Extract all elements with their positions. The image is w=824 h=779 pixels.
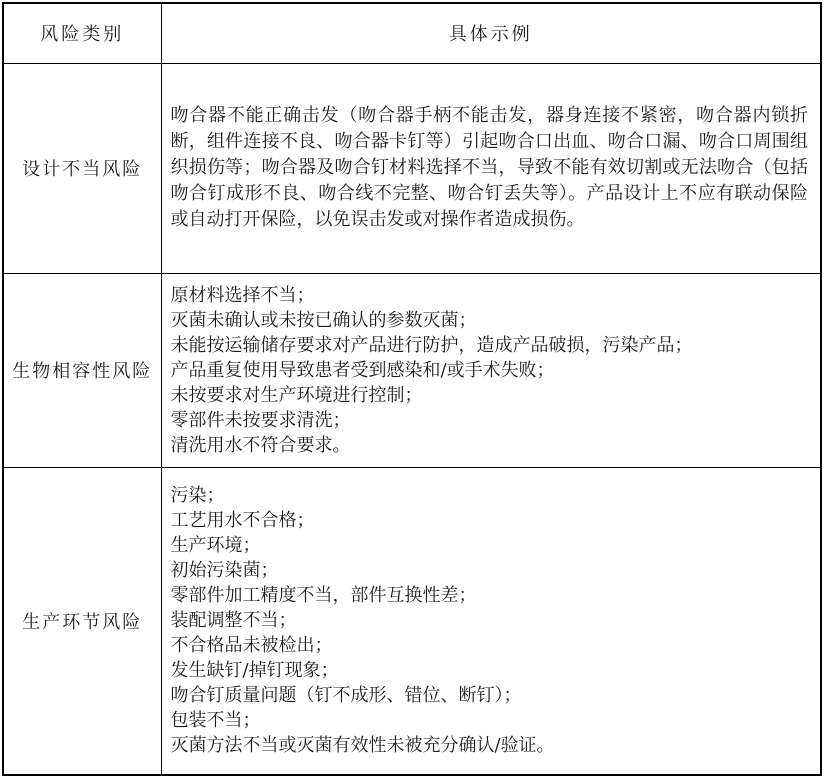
category-cell-design-risk: 设计不当风险 — [3, 63, 161, 273]
example-line: 清洗用水不符合要求。 — [171, 433, 809, 458]
example-line: 灭菌未确认或未按已确认的参数灭菌； — [171, 308, 809, 333]
table-row-production-risk: 生产环节风险 污染； 工艺用水不合格； 生产环境； 初始污染菌； 零部件加工精度… — [3, 467, 821, 775]
example-line: 包装不当； — [171, 708, 809, 733]
example-line: 产品重复使用导致患者受到感染和/或手术失败； — [171, 358, 809, 383]
table-header-row: 风险类别 具体示例 — [3, 3, 821, 63]
example-line: 不合格品未被检出； — [171, 633, 809, 658]
example-line: 原材料选择不当； — [171, 283, 809, 308]
examples-cell-production-risk: 污染； 工艺用水不合格； 生产环境； 初始污染菌； 零部件加工精度不当，部件互换… — [161, 467, 821, 775]
examples-cell-biocompatibility-risk: 原材料选择不当； 灭菌未确认或未按已确认的参数灭菌； 未能按运输储存要求对产品进… — [161, 273, 821, 467]
example-line: 生产环境； — [171, 533, 809, 558]
examples-cell-design-risk: 吻合器不能正确击发（吻合器手柄不能击发，器身连接不紧密，吻合器内锁折断，组件连接… — [161, 63, 821, 273]
document-page: 风险类别 具体示例 设计不当风险 吻合器不能正确击发（吻合器手柄不能击发，器身连… — [0, 0, 824, 779]
example-line: 未能按运输储存要求对产品进行防护，造成产品破损，污染产品； — [171, 333, 809, 358]
example-line: 零部件加工精度不当，部件互换性差； — [171, 583, 809, 608]
examples-paragraph: 吻合器不能正确击发（吻合器手柄不能击发，器身连接不紧密，吻合器内锁折断，组件连接… — [171, 103, 809, 233]
header-risk-category: 风险类别 — [3, 3, 161, 63]
category-cell-production-risk: 生产环节风险 — [3, 467, 161, 775]
example-line: 发生缺钉/掉钉现象； — [171, 658, 809, 683]
header-specific-examples: 具体示例 — [161, 3, 821, 63]
example-line: 工艺用水不合格； — [171, 508, 809, 533]
example-line: 灭菌方法不当或灭菌有效性未被充分确认/验证。 — [171, 733, 809, 758]
category-cell-biocompatibility-risk: 生物相容性风险 — [3, 273, 161, 467]
example-line: 污染； — [171, 483, 809, 508]
example-line: 未按要求对生产环境进行控制； — [171, 383, 809, 408]
table-row-design-risk: 设计不当风险 吻合器不能正确击发（吻合器手柄不能击发，器身连接不紧密，吻合器内锁… — [3, 63, 821, 273]
example-line: 初始污染菌； — [171, 558, 809, 583]
risk-table: 风险类别 具体示例 设计不当风险 吻合器不能正确击发（吻合器手柄不能击发，器身连… — [2, 2, 822, 776]
table-row-biocompatibility-risk: 生物相容性风险 原材料选择不当； 灭菌未确认或未按已确认的参数灭菌； 未能按运输… — [3, 273, 821, 467]
example-line: 装配调整不当； — [171, 608, 809, 633]
example-line: 零部件未按要求清洗； — [171, 408, 809, 433]
example-line: 吻合钉质量问题（钉不成形、错位、断钉）； — [171, 683, 809, 708]
